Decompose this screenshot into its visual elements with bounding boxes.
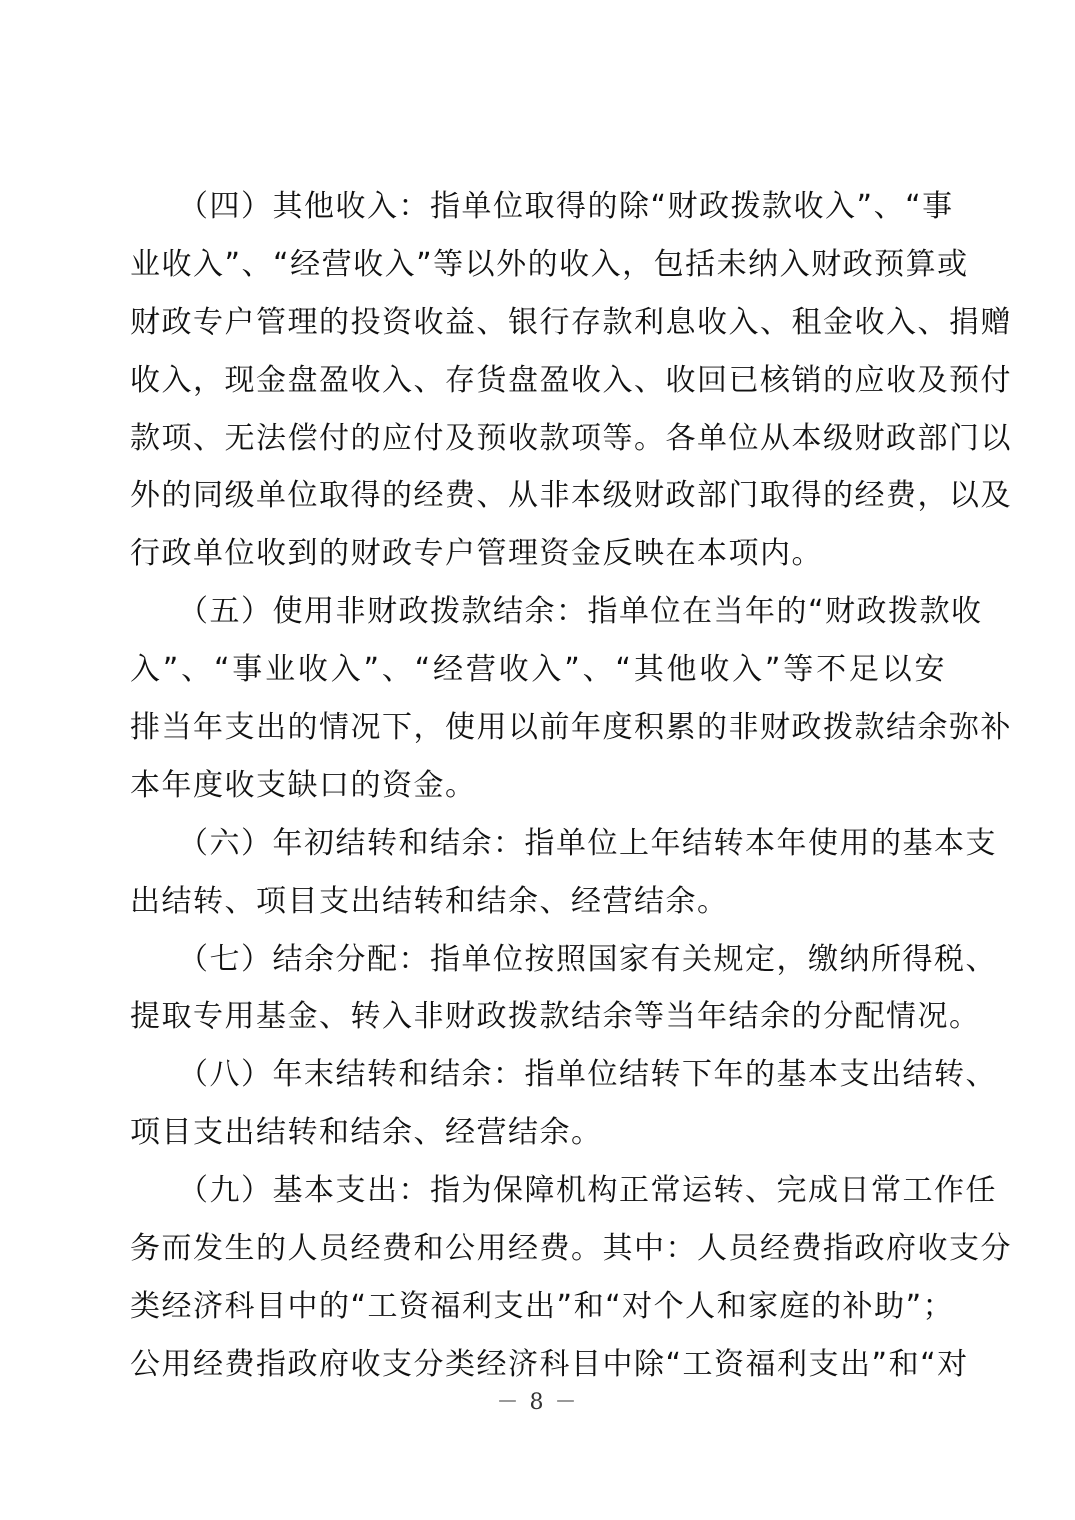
text-line: （四）其他收入：指单位取得的除“财政拨款收入”、“事 — [130, 178, 946, 236]
document-body: （四）其他收入：指单位取得的除“财政拨款收入”、“事 业收入”、“经营收入”等以… — [130, 178, 950, 1394]
document-page: （四）其他收入：指单位取得的除“财政拨款收入”、“事 业收入”、“经营收入”等以… — [0, 0, 1075, 1520]
text-line: 款项、无法偿付的应付及预收款项等。各单位从本级财政部门以 — [130, 410, 946, 468]
text-line: 入”、“事业收入”、“经营收入”、“其他收入”等不足以安 — [130, 641, 946, 699]
text-line: 排当年支出的情况下，使用以前年度积累的非财政拨款结余弥补 — [130, 699, 946, 757]
text-line: 财政专户管理的投资收益、银行存款利息收入、租金收入、捐赠 — [130, 294, 946, 352]
text-line: 务而发生的人员经费和公用经费。其中：人员经费指政府收支分 — [130, 1220, 946, 1278]
paragraph-non-fiscal-balance-use: （五）使用非财政拨款结余：指单位在当年的“财政拨款收 入”、“事业收入”、“经营… — [130, 583, 950, 815]
text-line: 提取专用基金、转入非财政拨款结余等当年结余的分配情况。 — [130, 988, 950, 1046]
text-line: 类经济科目中的“工资福利支出”和“对个人和家庭的补助”； — [130, 1278, 946, 1336]
text-line: （六）年初结转和结余：指单位上年结转本年使用的基本支 — [130, 815, 946, 873]
page-number: － 8 － — [0, 1385, 1075, 1416]
text-line: （五）使用非财政拨款结余：指单位在当年的“财政拨款收 — [130, 583, 946, 641]
paragraph-ending-carryover: （八）年末结转和结余：指单位结转下年的基本支出结转、 项目支出结转和结余、经营结… — [130, 1046, 950, 1162]
text-line: （九）基本支出：指为保障机构正常运转、完成日常工作任 — [130, 1162, 946, 1220]
text-line: 出结转、项目支出结转和结余、经营结余。 — [130, 873, 950, 931]
text-line: 本年度收支缺口的资金。 — [130, 757, 950, 815]
text-line: （八）年末结转和结余：指单位结转下年的基本支出结转、 — [130, 1046, 946, 1104]
text-line: 行政单位收到的财政专户管理资金反映在本项内。 — [130, 525, 950, 583]
paragraph-basic-expenditure: （九）基本支出：指为保障机构正常运转、完成日常工作任 务而发生的人员经费和公用经… — [130, 1162, 950, 1394]
paragraph-other-income: （四）其他收入：指单位取得的除“财政拨款收入”、“事 业收入”、“经营收入”等以… — [130, 178, 950, 583]
text-line: 外的同级单位取得的经费、从非本级财政部门取得的经费，以及 — [130, 467, 946, 525]
paragraph-balance-distribution: （七）结余分配：指单位按照国家有关规定，缴纳所得税、 提取专用基金、转入非财政拨… — [130, 931, 950, 1047]
text-line: 业收入”、“经营收入”等以外的收入，包括未纳入财政预算或 — [130, 236, 946, 294]
text-line: 项目支出结转和结余、经营结余。 — [130, 1104, 950, 1162]
text-line: （七）结余分配：指单位按照国家有关规定，缴纳所得税、 — [130, 931, 946, 989]
text-line: 收入，现金盘盈收入、存货盘盈收入、收回已核销的应收及预付 — [130, 352, 946, 410]
paragraph-beginning-carryover: （六）年初结转和结余：指单位上年结转本年使用的基本支 出结转、项目支出结转和结余… — [130, 815, 950, 931]
